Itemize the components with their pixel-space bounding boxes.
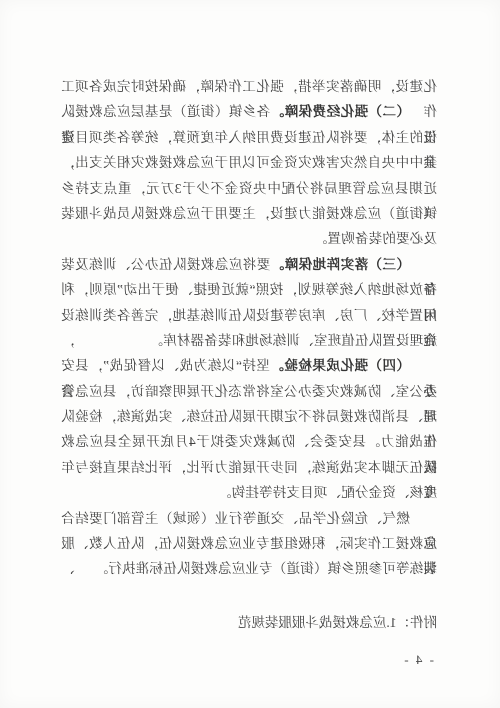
text-line: 其中中央自然灾害救灾资金可以用于应急救援救灾相关支出， — [61, 150, 437, 175]
attachment-reference: 附件：1.应急救援战斗服服装规范 — [61, 610, 437, 635]
text-line: 局、县消防救援局将不定期开展队伍拉练、实战演练，检验队伍 — [61, 404, 437, 429]
text-line: （街道）应急救援能力建设，主要用于应急救援队员战斗服装 — [61, 201, 437, 226]
text-line: （二）强化经费保障。各乡镇（街道）是基层应急救援队伍建 — [61, 99, 437, 124]
text-line-content: 其中中央自然灾害救灾资金可以用于应急救援救灾相关支出， — [61, 155, 437, 170]
text-line-content: （街道）应急救援能力建设，主要用于应急救援队员战斗服装 — [61, 206, 437, 221]
text-line: 存放场地纳入统筹规划，按照“就近便捷、便于出动”原则，利用 — [61, 277, 437, 302]
text-line-content: 合理设置队伍值班室、训练场地和装备器材库。 — [149, 333, 437, 348]
text-line: 设的主体，要将队伍建设费用纳入年度预算，统筹各类项目资金， — [61, 125, 437, 150]
text-line: 及必要的装备购置。 — [61, 226, 437, 251]
text-line: 训练等可参照乡镇（街道）专业应急救援队伍标准执行。 — [61, 556, 437, 581]
text-line-content: 考核、资金分配、项目支持等挂钩。 — [218, 485, 437, 500]
document-body: 化建设，明确落实举措，强化工作保障，确保按时完成各项工作。（二）强化经费保障。各… — [61, 74, 437, 582]
text-line: 燃气、危险化学品、交通等行业（领域）主管部门要结合应 — [61, 506, 437, 531]
text-line: 近期县应急管理局将分配中央资金不少于3万元，重点支持乡镇 — [61, 176, 437, 201]
section-heading: （四）强化成果检验。 — [270, 358, 410, 373]
section-heading: （三）落实阵地保障。 — [270, 257, 410, 272]
section-heading: （二）强化经费保障。 — [270, 104, 410, 119]
text-line: 队伍无脚本实战演练，同步开展能力评比，评比结果直接与年度 — [61, 455, 437, 480]
scanned-document-page: 化建设，明确落实举措，强化工作保障，确保按时完成各项工作。（二）强化经费保障。各… — [0, 0, 500, 708]
text-line: （四）强化成果检验。坚持“以练为战、以督促战”，县安委会 — [61, 353, 437, 378]
text-line: 考核、资金分配、项目支持等挂钩。 — [61, 480, 437, 505]
text-line: 化建设，明确落实举措，强化工作保障，确保按时完成各项工作。 — [61, 74, 437, 99]
text-line: 作战能力。县安委会、防减救灾委拟于4月底开展全县应急救援 — [61, 429, 437, 454]
text-line-content: 训练等可参照乡镇（街道）专业应急救援队伍标准执行。 — [95, 561, 438, 576]
text-line: 闲置学校、厂房、库房等建设队伍训练基地，完善各类训练设施， — [61, 303, 437, 328]
text-line: 办公室、防减救灾委办公室将常态化开展明察暗访，县应急管理 — [61, 379, 437, 404]
text-line: 急救援工作实际，积极组建专业应急救援队伍，队伍人数、服装、 — [61, 531, 437, 556]
text-line-content: 及必要的装备购置。 — [314, 231, 437, 246]
page-number: - 4 - — [402, 652, 434, 668]
text-line: （三）落实阵地保障。要将应急救援队伍办公、训练及装备 — [61, 252, 437, 277]
